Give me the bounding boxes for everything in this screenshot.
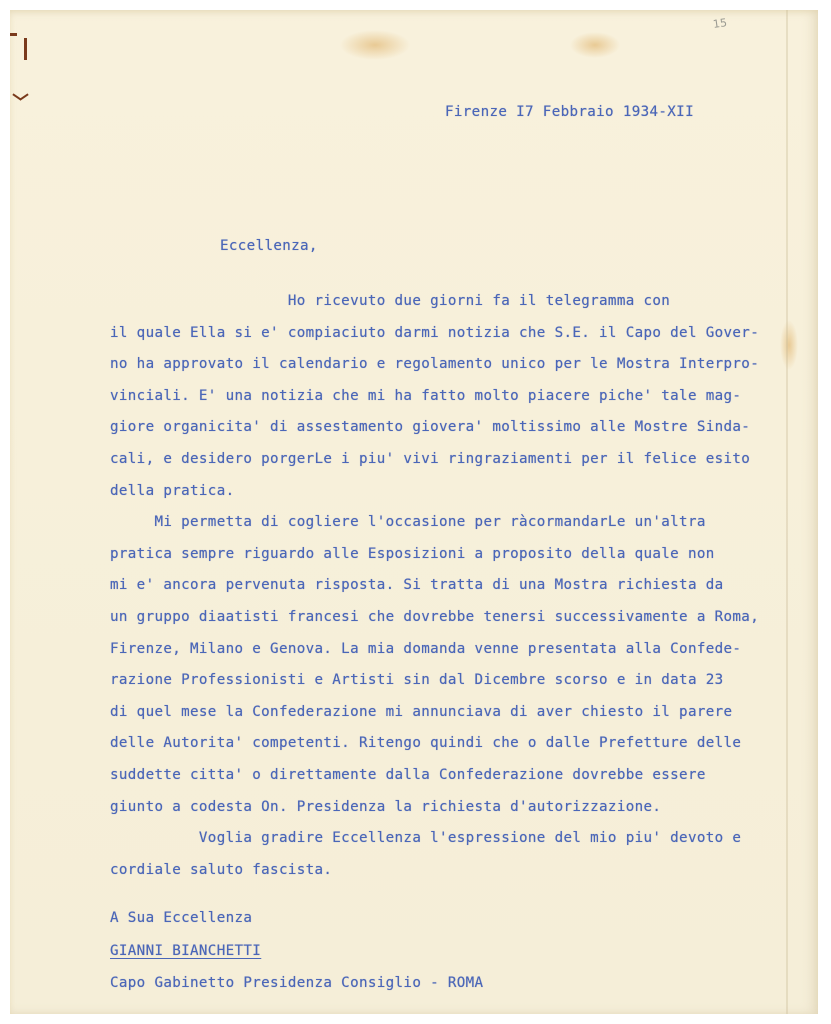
addressee-line: A Sua Eccellenza <box>110 910 252 926</box>
body-line: giunto a codesta On. Presidenza la richi… <box>110 799 661 815</box>
body-line: il quale Ella si e' compiaciuto darmi no… <box>110 325 759 341</box>
margin-mark <box>24 38 27 60</box>
addressee-name: GIANNI BIANCHETTI <box>110 943 261 959</box>
body-line: delle Autorita' competenti. Ritengo quin… <box>110 735 741 751</box>
paper-stain <box>570 32 620 58</box>
archive-number: 15 <box>712 16 728 31</box>
body-line: no ha approvato il calendario e regolame… <box>110 356 759 372</box>
body-line: pratica sempre riguardo alle Esposizioni… <box>110 546 715 562</box>
body-line: razione Professionisti e Artisti sin dal… <box>110 672 724 688</box>
body-line: un gruppo diaatisti francesi che dovrebb… <box>110 609 759 625</box>
body-line: suddette citta' o direttamente dalla Con… <box>110 767 706 783</box>
body-line: Mi permetta di cogliere l'occasione per … <box>110 514 706 530</box>
body-line: giore organicita' di assestamento giover… <box>110 419 750 435</box>
paper-stain <box>780 320 798 370</box>
margin-mark <box>10 33 17 36</box>
body-line: Ho ricevuto due giorni fa il telegramma … <box>110 293 670 309</box>
paper-stain <box>340 30 410 60</box>
addressee-title: Capo Gabinetto Presidenza Consiglio - RO… <box>110 975 483 991</box>
body-line: di quel mese la Confederazione mi annunc… <box>110 704 732 720</box>
body-line: della pratica. <box>110 483 234 499</box>
body-line: mi e' ancora pervenuta risposta. Si trat… <box>110 577 724 593</box>
body-line: cali, e desidero porgerLe i piu' vivi ri… <box>110 451 750 467</box>
body-line: cordiale saluto fascista. <box>110 862 332 878</box>
date-line: Firenze I7 Febbraio 1934-XII <box>445 104 694 120</box>
body-line: Voglia gradire Eccellenza l'espressione … <box>110 830 741 846</box>
margin-mark <box>19 93 28 100</box>
salutation: Eccellenza, <box>220 238 318 254</box>
body-line: Firenze, Milano e Genova. La mia domanda… <box>110 641 741 657</box>
body-line: vinciali. E' una notizia che mi ha fatto… <box>110 388 741 404</box>
